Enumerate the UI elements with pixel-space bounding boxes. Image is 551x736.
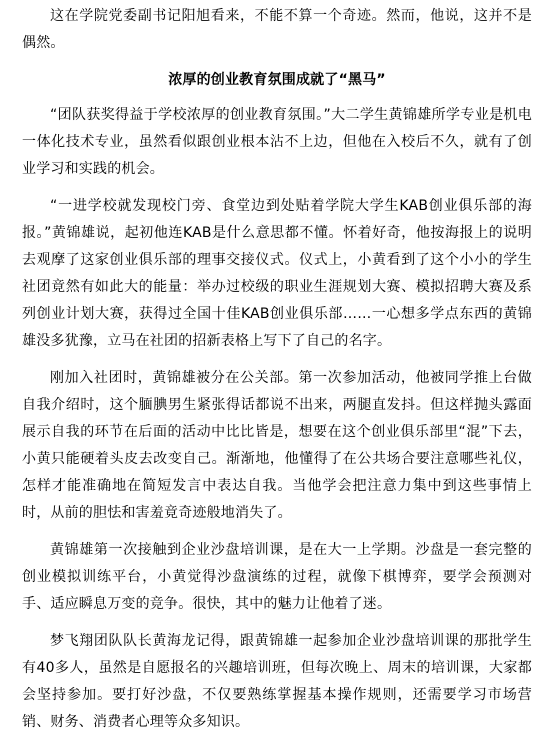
paragraph-kab-club: “一进学校就发现校门旁、食堂边到处贴着学院大学生KAB创业俱乐部的海报。”黄锦雄…	[22, 193, 532, 355]
section-heading: 浓厚的创业教育氛围成就了“黑马”	[22, 67, 532, 94]
paragraph-team-leader: 梦飞翔团队队长黄海龙记得，跟黄锦雄一起参加企业沙盘培训课的那批学生有40多人，虽…	[22, 628, 532, 736]
article-body: 这在学院党委副书记阳旭看来，不能不算一个奇迹。然而，他说，这并不是偶然。 浓厚的…	[0, 0, 551, 736]
paragraph-team-award: “团队获奖得益于学校浓厚的创业教育氛围。”大二学生黄锦雄所学专业是机电一体化技术…	[22, 102, 532, 183]
paragraph-sandbox-training: 黄锦雄第一次接触到企业沙盘培训课，是在大一上学期。沙盘是一套完整的创业模拟训练平…	[22, 537, 532, 618]
paragraph-pr-department: 刚加入社团时，黄锦雄被分在公关部。第一次参加活动，他被同学推上台做自我介绍时，这…	[22, 365, 532, 527]
paragraph-intro: 这在学院党委副书记阳旭看来，不能不算一个奇迹。然而，他说，这并不是偶然。	[22, 3, 532, 57]
